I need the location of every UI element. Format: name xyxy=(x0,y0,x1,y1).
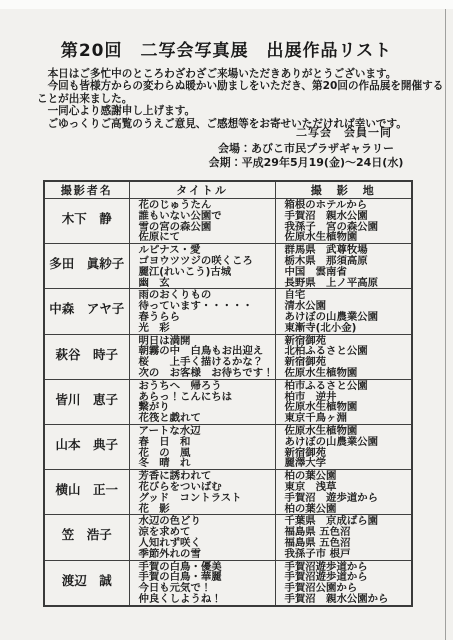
table-row: 笠 浩子水辺の色どり涼を求めて人知れず咲く季節外れの雪千葉県 京成ばら園福島県 … xyxy=(44,515,412,560)
greeting-line: ことが出来ました。 xyxy=(37,93,441,105)
work-titles-cell: ルピナス・愛ゴヨウツツジの咲くころ麗江(れいこう)古城幽 玄 xyxy=(129,244,275,289)
photographer-name: 多田 眞紗子 xyxy=(44,244,129,289)
work-titles-cell: 芳香に誘われて花びらをついばむグッド コントラスト花 影 xyxy=(129,470,275,515)
work-locations-cell: 柏市ふるさと公園柏市 逆井佐原水生植物園東京千鳥ヶ淵 xyxy=(275,379,412,424)
work-location: 手賀沼 親水公園 xyxy=(285,211,412,222)
header-title: タイトル xyxy=(129,181,275,199)
signature: 二写会 会員一同 xyxy=(0,124,392,140)
work-titles-cell: 花のじゅうたん誰もいない公園で雪の宮の森公園佐原にて xyxy=(129,199,275,244)
table-row: 萩谷 時子明日は満開朝霧の中 白鳥もお出迎え桜 上手く描けるかな？次の お客様 … xyxy=(44,334,412,379)
work-location: 中国 雲南省 xyxy=(285,267,412,278)
work-location: 佐原水生植物園 xyxy=(285,368,412,379)
greeting-line: 一同心より感謝申し上げます。 xyxy=(37,105,441,117)
work-location: 麗澤大学 xyxy=(285,458,412,469)
table-row: 渡辺 誠手賀の白鳥・優美手賀の白鳥・華麗今日も元気で！仲良くしようね！手賀沼遊歩… xyxy=(44,560,412,606)
photographer-name: 皆川 恵子 xyxy=(44,379,129,424)
work-location: 東漸寺(北小金) xyxy=(285,323,412,334)
header-photographer: 撮影者名 xyxy=(44,181,129,199)
work-title: 仲良くしようね！ xyxy=(139,594,275,605)
work-location: 手賀沼 親水公園から xyxy=(285,594,412,605)
work-title: 幽 玄 xyxy=(139,278,275,289)
work-location: 柏市ふるさと公園 xyxy=(285,381,412,392)
work-titles-cell: おうちへ 帰ろうあらっ！こんにちは繋がり花筏と戯れて xyxy=(129,379,275,424)
work-titles-cell: 明日は満開朝霧の中 白鳥もお出迎え桜 上手く描けるかな？次の お客様 お待ちです… xyxy=(129,334,275,379)
work-location: 佐原水生植物園 xyxy=(285,232,412,243)
work-titles-cell: 雨のおくりもの待っています・・・・・春うらら光 彩 xyxy=(129,289,275,334)
photographer-name: 山本 典子 xyxy=(44,424,129,469)
work-titles-cell: 手賀の白鳥・優美手賀の白鳥・華麗今日も元気で！仲良くしようね！ xyxy=(129,560,275,606)
photographer-name: 横山 正一 xyxy=(44,470,129,515)
greeting-line: 今回も皆様方からの変わらぬ暖かい励ましをいただき、第20回の作品展を開催する xyxy=(37,80,441,92)
dates-line: 会期：平成29年5月19(金)～24日(水) xyxy=(200,156,412,170)
photographer-name: 萩谷 時子 xyxy=(44,334,129,379)
table-row: 多田 眞紗子ルピナス・愛ゴヨウツツジの咲くころ麗江(れいこう)古城幽 玄群馬県 … xyxy=(44,244,412,289)
greeting-line: 本日はご多忙中のところわざわざご来場いただきありがとうございます。 xyxy=(37,68,441,80)
photographer-name: 笠 浩子 xyxy=(44,515,129,560)
photographer-name: 中森 アヤ子 xyxy=(44,289,129,334)
work-titles-cell: 水辺の色どり涼を求めて人知れず咲く季節外れの雪 xyxy=(129,515,275,560)
work-title: おうちへ 帰ろう xyxy=(139,381,275,392)
work-location: 東京千鳥ヶ淵 xyxy=(285,413,412,424)
work-locations-cell: 群馬県 武尊牧場栃木県 那須高原中国 雲南省長野県 上ノ平高原 xyxy=(275,244,412,289)
works-table-body: 木下 静花のじゅうたん誰もいない公園で雪の宮の森公園佐原にて箱根のホテルから手賀… xyxy=(44,199,412,606)
table-row: 皆川 恵子おうちへ 帰ろうあらっ！こんにちは繋がり花筏と戯れて柏市ふるさと公園柏… xyxy=(44,379,412,424)
table-row: 山本 典子アートな水辺春 日 和花 の 風冬 晴 れ佐原水生植物園あけぼの山農業… xyxy=(44,424,412,469)
work-title: 光 彩 xyxy=(139,323,275,334)
work-location: あけぼの山農業公園 xyxy=(285,437,412,448)
table-row: 木下 静花のじゅうたん誰もいない公園で雪の宮の森公園佐原にて箱根のホテルから手賀… xyxy=(44,199,412,244)
work-title: 花 影 xyxy=(139,504,275,515)
work-title: 花筏と戯れて xyxy=(139,413,275,424)
work-location: 長野県 上ノ平高原 xyxy=(285,278,412,289)
table-header-row: 撮影者名 タイトル 撮 影 地 xyxy=(44,181,412,199)
work-locations-cell: 佐原水生植物園あけぼの山農業公園新宿御苑麗澤大学 xyxy=(275,424,412,469)
work-locations-cell: 新宿御苑北柏ふるさと公園新宿御苑佐原水生植物園 xyxy=(275,334,412,379)
work-location: 柏の葉公園 xyxy=(285,504,412,515)
work-title: 季節外れの雪 xyxy=(139,549,275,560)
venue-line: 会場：あびこ市民プラザギャラリー xyxy=(200,142,412,156)
work-title: 麗江(れいこう)古城 xyxy=(139,267,275,278)
work-locations-cell: 手賀沼遊歩道から手賀沼遊歩道から手賀沼公園から手賀沼 親水公園から xyxy=(275,560,412,606)
work-locations-cell: 自宅清水公園あけぼの山農業公園東漸寺(北小金) xyxy=(275,289,412,334)
scan-edge-line xyxy=(445,9,446,640)
table-row: 中森 アヤ子雨のおくりもの待っています・・・・・春うらら光 彩自宅清水公園あけぼ… xyxy=(44,289,412,334)
photographer-name: 木下 静 xyxy=(44,199,129,244)
table-row: 横山 正一芳香に誘われて花びらをついばむグッド コントラスト花 影柏の葉公園東京… xyxy=(44,470,412,515)
event-info: 会場：あびこ市民プラザギャラリー 会期：平成29年5月19(金)～24日(水) xyxy=(200,142,412,169)
work-locations-cell: 箱根のホテルから手賀沼 親水公園我孫子 宮の森公園佐原水生植物園 xyxy=(275,199,412,244)
work-title: 佐原にて xyxy=(139,232,275,243)
work-location: 我孫子市 根戸 xyxy=(285,549,412,560)
scanned-page: 第20回 二写会写真展 出展作品リスト 本日はご多忙中のところわざわざご来場いた… xyxy=(0,0,453,640)
work-locations-cell: 千葉県 京成ばら園福島県 五色沼福島県 五色沼我孫子市 根戸 xyxy=(275,515,412,560)
work-locations-cell: 柏の葉公園東京 浅草手賀沼 遊歩道から柏の葉公園 xyxy=(275,470,412,515)
header-location: 撮 影 地 xyxy=(275,181,412,199)
works-table: 撮影者名 タイトル 撮 影 地 木下 静花のじゅうたん誰もいない公園で雪の宮の森… xyxy=(43,180,413,607)
document-title: 第20回 二写会写真展 出展作品リスト xyxy=(0,36,453,61)
work-title: 冬 晴 れ xyxy=(139,458,275,469)
photographer-name: 渡辺 誠 xyxy=(44,560,129,606)
work-title: 次の お客様 お待ちです！ xyxy=(139,368,275,379)
work-title: 誰もいない公園で xyxy=(139,211,275,222)
work-titles-cell: アートな水辺春 日 和花 の 風冬 晴 れ xyxy=(129,424,275,469)
work-title: グッド コントラスト xyxy=(139,493,275,504)
work-title: 春 日 和 xyxy=(139,437,275,448)
work-location: 手賀沼 遊歩道から xyxy=(285,493,412,504)
scan-top-edge xyxy=(0,0,453,9)
greeting-paragraph: 本日はご多忙中のところわざわざご来場いただきありがとうございます。 今回も皆様方… xyxy=(37,68,441,130)
